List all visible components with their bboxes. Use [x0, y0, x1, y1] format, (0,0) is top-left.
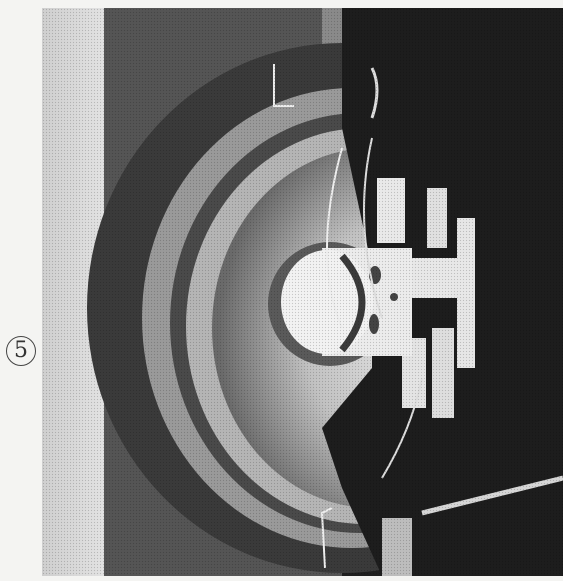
- figure-number-text: 5: [14, 340, 28, 362]
- speaker-illustration: [42, 8, 563, 576]
- speaker-photo: [42, 8, 563, 576]
- figure-number-label: 5: [6, 336, 36, 366]
